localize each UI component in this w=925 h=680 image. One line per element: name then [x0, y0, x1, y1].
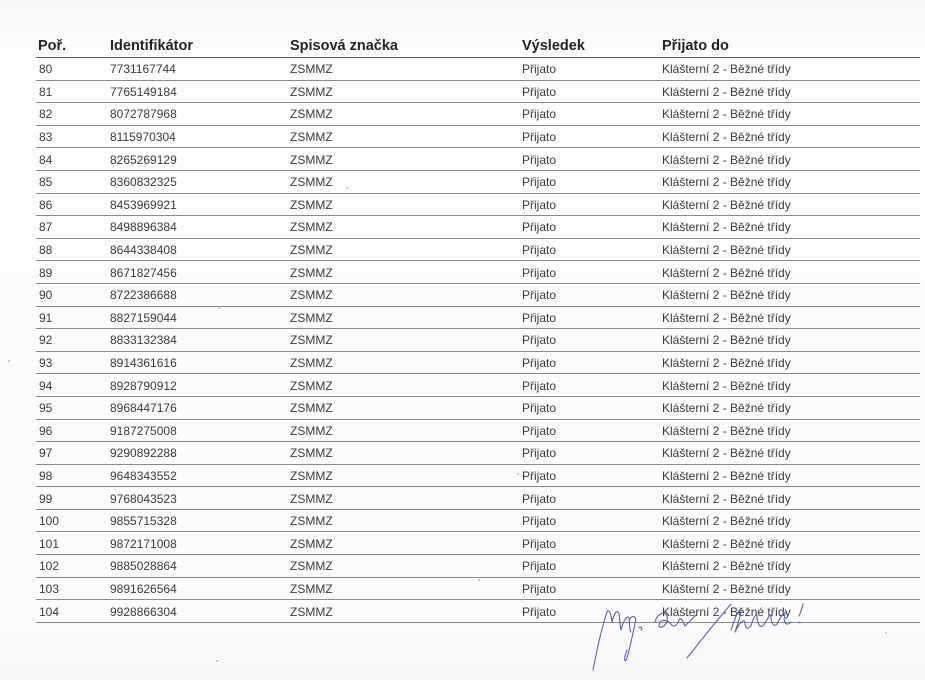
cell-poradi: 91: [36, 306, 110, 329]
cell-spisova-znacka: ZSMMZ: [290, 103, 522, 126]
cell-spisova-znacka: ZSMMZ: [290, 487, 522, 510]
cell-poradi: 85: [36, 170, 110, 193]
table-row: 868453969921ZSMMZPřijatoKlášterní 2 - Bě…: [36, 193, 920, 216]
cell-spisova-znacka: ZSMMZ: [290, 148, 522, 171]
cell-prijato-do: Klášterní 2 - Běžné třídy: [662, 238, 920, 261]
cell-vysledek: Přijato: [522, 148, 662, 171]
cell-spisova-znacka: ZSMMZ: [290, 125, 522, 148]
table-row: 1009855715328ZSMMZPřijatoKlášterní 2 - B…: [36, 509, 920, 532]
cell-spisova-znacka: ZSMMZ: [290, 577, 522, 600]
cell-identifikator: 9891626564: [110, 577, 290, 600]
cell-poradi: 101: [36, 532, 110, 555]
table-row: 989648343552ZSMMZPřijatoKlášterní 2 - Bě…: [36, 464, 920, 487]
cell-prijato-do: Klášterní 2 - Běžné třídy: [662, 58, 920, 81]
cell-vysledek: Přijato: [522, 329, 662, 352]
table-row: 928833132384ZSMMZPřijatoKlášterní 2 - Bě…: [36, 329, 920, 352]
cell-prijato-do: Klášterní 2 - Běžné třídy: [662, 80, 920, 103]
cell-vysledek: Přijato: [522, 216, 662, 239]
scan-speck: [8, 360, 10, 362]
cell-prijato-do: Klášterní 2 - Běžné třídy: [662, 329, 920, 352]
header-prijato-do: Přijato do: [662, 30, 920, 58]
cell-prijato-do: Klášterní 2 - Běžné třídy: [662, 170, 920, 193]
cell-poradi: 103: [36, 577, 110, 600]
scan-speck: [216, 660, 218, 662]
cell-poradi: 87: [36, 216, 110, 239]
header-vysledek: Výsledek: [522, 30, 662, 58]
table-row: 878498896384ZSMMZPřijatoKlášterní 2 - Bě…: [36, 216, 920, 239]
cell-identifikator: 8360832325: [110, 170, 290, 193]
cell-identifikator: 9855715328: [110, 509, 290, 532]
cell-prijato-do: Klášterní 2 - Běžné třídy: [662, 148, 920, 171]
cell-prijato-do: Klášterní 2 - Běžné třídy: [662, 487, 920, 510]
cell-prijato-do: Klášterní 2 - Běžné třídy: [662, 193, 920, 216]
cell-vysledek: Přijato: [522, 238, 662, 261]
cell-vysledek: Přijato: [522, 374, 662, 397]
cell-spisova-znacka: ZSMMZ: [290, 555, 522, 578]
cell-vysledek: Přijato: [522, 487, 662, 510]
cell-identifikator: 8644338408: [110, 238, 290, 261]
table-row: 1029885028864ZSMMZPřijatoKlášterní 2 - B…: [36, 555, 920, 578]
cell-vysledek: Přijato: [522, 283, 662, 306]
scan-speck: [517, 473, 519, 475]
cell-prijato-do: Klášterní 2 - Běžné třídy: [662, 555, 920, 578]
cell-spisova-znacka: ZSMMZ: [290, 600, 522, 623]
cell-prijato-do: Klášterní 2 - Běžné třídy: [662, 351, 920, 374]
table-row: 848265269129ZSMMZPřijatoKlášterní 2 - Bě…: [36, 148, 920, 171]
cell-vysledek: Přijato: [522, 555, 662, 578]
cell-prijato-do: Klášterní 2 - Běžné třídy: [662, 396, 920, 419]
cell-vysledek: Přijato: [522, 170, 662, 193]
cell-identifikator: 9290892288: [110, 442, 290, 465]
cell-identifikator: 8265269129: [110, 148, 290, 171]
table-row: 858360832325ZSMMZPřijatoKlášterní 2 - Bě…: [36, 170, 920, 193]
cell-spisova-znacka: ZSMMZ: [290, 170, 522, 193]
cell-spisova-znacka: ZSMMZ: [290, 374, 522, 397]
cell-vysledek: Přijato: [522, 442, 662, 465]
cell-identifikator: 9187275008: [110, 419, 290, 442]
cell-identifikator: 8928790912: [110, 374, 290, 397]
table-row: 918827159044ZSMMZPřijatoKlášterní 2 - Bě…: [36, 306, 920, 329]
table-row: 908722386688ZSMMZPřijatoKlášterní 2 - Bě…: [36, 283, 920, 306]
cell-poradi: 86: [36, 193, 110, 216]
cell-prijato-do: Klášterní 2 - Běžné třídy: [662, 103, 920, 126]
cell-spisova-znacka: ZSMMZ: [290, 532, 522, 555]
header-poradi: Poř.: [36, 30, 110, 58]
cell-prijato-do: Klášterní 2 - Běžné třídy: [662, 464, 920, 487]
cell-spisova-znacka: ZSMMZ: [290, 351, 522, 374]
scan-speck: [885, 632, 887, 634]
cell-vysledek: Přijato: [522, 532, 662, 555]
header-spisova-znacka: Spisová značka: [290, 30, 522, 58]
cell-spisova-znacka: ZSMMZ: [290, 283, 522, 306]
scan-speck: [218, 307, 220, 309]
cell-poradi: 100: [36, 509, 110, 532]
header-identifikator: Identifikátor: [110, 30, 290, 58]
cell-vysledek: Přijato: [522, 464, 662, 487]
table-row: 828072787968ZSMMZPřijatoKlášterní 2 - Bě…: [36, 103, 920, 126]
table-row: 817765149184ZSMMZPřijatoKlášterní 2 - Bě…: [36, 80, 920, 103]
cell-poradi: 99: [36, 487, 110, 510]
cell-identifikator: 9885028864: [110, 555, 290, 578]
cell-identifikator: 9872171008: [110, 532, 290, 555]
cell-vysledek: Přijato: [522, 509, 662, 532]
cell-identifikator: 9648343552: [110, 464, 290, 487]
cell-vysledek: Přijato: [522, 58, 662, 81]
cell-poradi: 97: [36, 442, 110, 465]
table-row: 999768043523ZSMMZPřijatoKlášterní 2 - Bě…: [36, 487, 920, 510]
cell-vysledek: Přijato: [522, 125, 662, 148]
cell-poradi: 96: [36, 419, 110, 442]
cell-spisova-znacka: ZSMMZ: [290, 80, 522, 103]
cell-prijato-do: Klášterní 2 - Běžné třídy: [662, 306, 920, 329]
cell-spisova-znacka: ZSMMZ: [290, 419, 522, 442]
scan-speck: [478, 579, 480, 581]
cell-spisova-znacka: ZSMMZ: [290, 306, 522, 329]
cell-identifikator: 8072787968: [110, 103, 290, 126]
cell-vysledek: Přijato: [522, 396, 662, 419]
cell-prijato-do: Klášterní 2 - Běžné třídy: [662, 261, 920, 284]
cell-vysledek: Přijato: [522, 306, 662, 329]
cell-poradi: 95: [36, 396, 110, 419]
cell-poradi: 90: [36, 283, 110, 306]
cell-vysledek: Přijato: [522, 351, 662, 374]
cell-identifikator: 8722386688: [110, 283, 290, 306]
table-row: 958968447176ZSMMZPřijatoKlášterní 2 - Bě…: [36, 396, 920, 419]
cell-vysledek: Přijato: [522, 103, 662, 126]
cell-poradi: 98: [36, 464, 110, 487]
cell-identifikator: 8671827456: [110, 261, 290, 284]
cell-spisova-znacka: ZSMMZ: [290, 396, 522, 419]
cell-identifikator: 8498896384: [110, 216, 290, 239]
cell-spisova-znacka: ZSMMZ: [290, 261, 522, 284]
cell-vysledek: Přijato: [522, 577, 662, 600]
table-row: 969187275008ZSMMZPřijatoKlášterní 2 - Bě…: [36, 419, 920, 442]
cell-identifikator: 8453969921: [110, 193, 290, 216]
cell-poradi: 83: [36, 125, 110, 148]
cell-vysledek: Přijato: [522, 193, 662, 216]
cell-spisova-znacka: ZSMMZ: [290, 193, 522, 216]
cell-vysledek: Přijato: [522, 261, 662, 284]
cell-poradi: 84: [36, 148, 110, 171]
cell-identifikator: 7765149184: [110, 80, 290, 103]
table-row: 979290892288ZSMMZPřijatoKlášterní 2 - Bě…: [36, 442, 920, 465]
handwritten-signature: [585, 600, 885, 680]
cell-poradi: 94: [36, 374, 110, 397]
cell-spisova-znacka: ZSMMZ: [290, 216, 522, 239]
table-row: 1019872171008ZSMMZPřijatoKlášterní 2 - B…: [36, 532, 920, 555]
cell-vysledek: Přijato: [522, 80, 662, 103]
cell-identifikator: 8115970304: [110, 125, 290, 148]
cell-poradi: 102: [36, 555, 110, 578]
cell-identifikator: 9768043523: [110, 487, 290, 510]
table-row: 838115970304ZSMMZPřijatoKlášterní 2 - Bě…: [36, 125, 920, 148]
cell-prijato-do: Klášterní 2 - Běžné třídy: [662, 532, 920, 555]
cell-prijato-do: Klášterní 2 - Běžné třídy: [662, 442, 920, 465]
cell-prijato-do: Klášterní 2 - Běžné třídy: [662, 374, 920, 397]
cell-poradi: 82: [36, 103, 110, 126]
cell-poradi: 89: [36, 261, 110, 284]
scanned-document-page: Poř. Identifikátor Spisová značka Výsled…: [0, 0, 925, 680]
scan-speck: [346, 187, 348, 189]
table-row: 948928790912ZSMMZPřijatoKlášterní 2 - Bě…: [36, 374, 920, 397]
cell-identifikator: 8968447176: [110, 396, 290, 419]
cell-spisova-znacka: ZSMMZ: [290, 464, 522, 487]
cell-identifikator: 7731167744: [110, 58, 290, 81]
cell-poradi: 92: [36, 329, 110, 352]
signature-icon: [585, 600, 885, 680]
cell-vysledek: Přijato: [522, 419, 662, 442]
cell-identifikator: 9928866304: [110, 600, 290, 623]
cell-poradi: 81: [36, 80, 110, 103]
cell-poradi: 80: [36, 58, 110, 81]
cell-spisova-znacka: ZSMMZ: [290, 58, 522, 81]
cell-spisova-znacka: ZSMMZ: [290, 329, 522, 352]
cell-identifikator: 8833132384: [110, 329, 290, 352]
table-row: 898671827456ZSMMZPřijatoKlášterní 2 - Bě…: [36, 261, 920, 284]
cell-prijato-do: Klášterní 2 - Běžné třídy: [662, 577, 920, 600]
admission-results-table: Poř. Identifikátor Spisová značka Výsled…: [36, 30, 920, 623]
cell-identifikator: 8914361616: [110, 351, 290, 374]
table-row: 888644338408ZSMMZPřijatoKlášterní 2 - Bě…: [36, 238, 920, 261]
table-row: 938914361616ZSMMZPřijatoKlášterní 2 - Bě…: [36, 351, 920, 374]
cell-identifikator: 8827159044: [110, 306, 290, 329]
table-header-row: Poř. Identifikátor Spisová značka Výsled…: [36, 30, 920, 58]
cell-prijato-do: Klášterní 2 - Běžné třídy: [662, 419, 920, 442]
cell-spisova-znacka: ZSMMZ: [290, 509, 522, 532]
cell-prijato-do: Klášterní 2 - Běžné třídy: [662, 283, 920, 306]
cell-poradi: 88: [36, 238, 110, 261]
cell-spisova-znacka: ZSMMZ: [290, 238, 522, 261]
cell-spisova-znacka: ZSMMZ: [290, 442, 522, 465]
cell-poradi: 93: [36, 351, 110, 374]
cell-poradi: 104: [36, 600, 110, 623]
table-row: 807731167744ZSMMZPřijatoKlášterní 2 - Bě…: [36, 58, 920, 81]
cell-prijato-do: Klášterní 2 - Běžné třídy: [662, 125, 920, 148]
cell-prijato-do: Klášterní 2 - Běžné třídy: [662, 216, 920, 239]
cell-prijato-do: Klášterní 2 - Běžné třídy: [662, 509, 920, 532]
table-body: 807731167744ZSMMZPřijatoKlášterní 2 - Bě…: [36, 58, 920, 623]
